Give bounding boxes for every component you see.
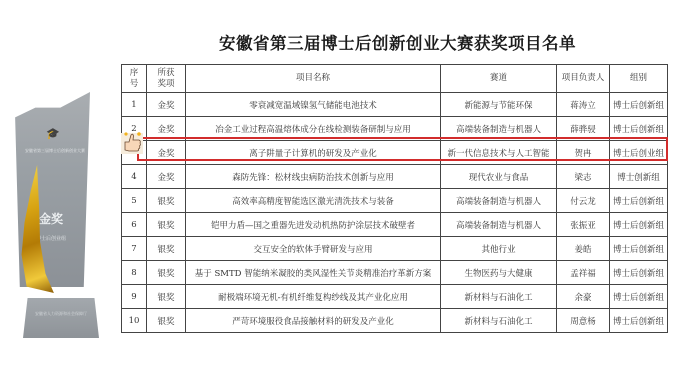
cell-no: 10 [122, 309, 147, 333]
graduation-cap-icon: 🎓 [46, 127, 60, 140]
table-row: 8 银奖 基于 SMTD 智能纳米凝胶的类风湿性关节炎精准治疗革新方案 生物医药… [122, 261, 668, 285]
cell-track: 新一代信息技术与人工智能 [441, 141, 557, 165]
cell-group: 博士后创新组 [610, 93, 668, 117]
cell-leader: 蒋涛立 [557, 93, 610, 117]
cell-award: 金奖 [147, 93, 186, 117]
header-award: 所获奖项 [147, 65, 186, 93]
cell-leader: 梁志 [557, 165, 610, 189]
trophy-award-label: 金奖 [10, 210, 92, 227]
cell-no: 6 [122, 213, 147, 237]
header-leader: 项目负责人 [557, 65, 610, 93]
cell-no: 5 [122, 189, 147, 213]
table-row: 9 银奖 耐极端环境无机-有机纤维复构纱线及其产业化应用 新材料与石油化工 余豪… [122, 285, 668, 309]
cell-no: 9 [122, 285, 147, 309]
header-group: 组别 [610, 65, 668, 93]
cell-award: 银奖 [147, 309, 186, 333]
cell-track: 新能源与节能环保 [441, 93, 557, 117]
cell-project: 交互安全的软体手臂研发与应用 [186, 237, 441, 261]
table-row: 6 银奖 铠甲力盾—国之重器先进发动机热防护涂层技术破壁者 高端装备制造与机器人… [122, 213, 668, 237]
cell-award: 银奖 [147, 261, 186, 285]
cell-leader: 孟祥福 [557, 261, 610, 285]
trophy-base: 安徽省人力资源和社会保障厅 [23, 298, 99, 338]
cell-project: 离子阱量子计算机的研发及产业化 [186, 141, 441, 165]
cell-project: 铠甲力盾—国之重器先进发动机热防护涂层技术破壁者 [186, 213, 441, 237]
cell-award: 银奖 [147, 189, 186, 213]
trophy-image: 🎓 安徽省第三届博士后创新创业大赛 金奖 博士后创业组 安徽省人力资源和社会保障… [10, 70, 100, 340]
cell-track: 新材料与石油化工 [441, 309, 557, 333]
table-row-highlighted: 金奖 离子阱量子计算机的研发及产业化 新一代信息技术与人工智能 贺冉 博士后创业… [122, 141, 668, 165]
table-row: 2 金奖 冶金工业过程高温熔体成分在线检测装备研制与应用 高端装备制造与机器人 … [122, 117, 668, 141]
cell-award: 银奖 [147, 213, 186, 237]
cell-award: 金奖 [147, 141, 186, 165]
table-row: 4 金奖 森防先锋：松材线虫病防治技术创新与应用 现代农业与食品 梁志 博士创新… [122, 165, 668, 189]
page-title: 安徽省第三届博士后创新创业大赛获奖项目名单 [0, 30, 685, 54]
cell-no: 8 [122, 261, 147, 285]
trophy-caption: 安徽省第三届博士后创新创业大赛 [24, 148, 86, 153]
cell-track: 高端装备制造与机器人 [441, 189, 557, 213]
cell-track: 高端装备制造与机器人 [441, 213, 557, 237]
cell-project: 冶金工业过程高温熔体成分在线检测装备研制与应用 [186, 117, 441, 141]
cell-group: 博士后创新组 [610, 189, 668, 213]
cell-award: 金奖 [147, 117, 186, 141]
cell-group: 博士后创业组 [610, 141, 668, 165]
table-row: 10 银奖 严苛环境服役食品接触材料的研发及产业化 新材料与石油化工 周意杨 博… [122, 309, 668, 333]
cell-no: 7 [122, 237, 147, 261]
trophy-subtitle: 博士后创业组 [10, 235, 92, 242]
cell-leader: 周意杨 [557, 309, 610, 333]
cell-project: 零衰减宽温域镍氢气储能电池技术 [186, 93, 441, 117]
header-project: 项目名称 [186, 65, 441, 93]
cell-award: 银奖 [147, 285, 186, 309]
cell-group: 博士后创新组 [610, 213, 668, 237]
cell-group: 博士后创新组 [610, 117, 668, 141]
header-track: 赛道 [441, 65, 557, 93]
cell-no: 4 [122, 165, 147, 189]
cell-award: 银奖 [147, 237, 186, 261]
cell-group: 博士后创新组 [610, 285, 668, 309]
table-row: 1 金奖 零衰减宽温域镍氢气储能电池技术 新能源与节能环保 蒋涛立 博士后创新组 [122, 93, 668, 117]
cell-no: 1 [122, 93, 147, 117]
cell-track: 生物医药与大健康 [441, 261, 557, 285]
table-header-row: 序号 所获奖项 项目名称 赛道 项目负责人 组别 [122, 65, 668, 93]
table-row: 7 银奖 交互安全的软体手臂研发与应用 其他行业 姜皓 博士后创新组 [122, 237, 668, 261]
awards-table: 序号 所获奖项 项目名称 赛道 项目负责人 组别 1 金奖 零衰减宽温域镍氢气储… [121, 64, 668, 333]
cell-leader: 薛骅骎 [557, 117, 610, 141]
cell-leader: 贺冉 [557, 141, 610, 165]
cell-leader: 张振亚 [557, 213, 610, 237]
cell-leader: 姜皓 [557, 237, 610, 261]
cell-group: 博士后创新组 [610, 237, 668, 261]
cell-award: 金奖 [147, 165, 186, 189]
cell-group: 博士后创新组 [610, 261, 668, 285]
header-no: 序号 [122, 65, 147, 93]
cell-leader: 付云龙 [557, 189, 610, 213]
cell-group: 博士创新组 [610, 165, 668, 189]
cell-track: 新材料与石油化工 [441, 285, 557, 309]
cell-project: 高效率高精度智能选区激光清洗技术与装备 [186, 189, 441, 213]
thumbs-up-icon [121, 130, 143, 154]
trophy-base-text: 安徽省人力资源和社会保障厅 [23, 311, 99, 317]
cell-project: 基于 SMTD 智能纳米凝胶的类风湿性关节炎精准治疗革新方案 [186, 261, 441, 285]
cell-track: 其他行业 [441, 237, 557, 261]
table-row: 5 银奖 高效率高精度智能选区激光清洗技术与装备 高端装备制造与机器人 付云龙 … [122, 189, 668, 213]
cell-project: 森防先锋：松材线虫病防治技术创新与应用 [186, 165, 441, 189]
cell-project: 严苛环境服役食品接触材料的研发及产业化 [186, 309, 441, 333]
cell-group: 博士后创新组 [610, 309, 668, 333]
cell-leader: 余豪 [557, 285, 610, 309]
cell-track: 现代农业与食品 [441, 165, 557, 189]
cell-project: 耐极端环境无机-有机纤维复构纱线及其产业化应用 [186, 285, 441, 309]
cell-track: 高端装备制造与机器人 [441, 117, 557, 141]
